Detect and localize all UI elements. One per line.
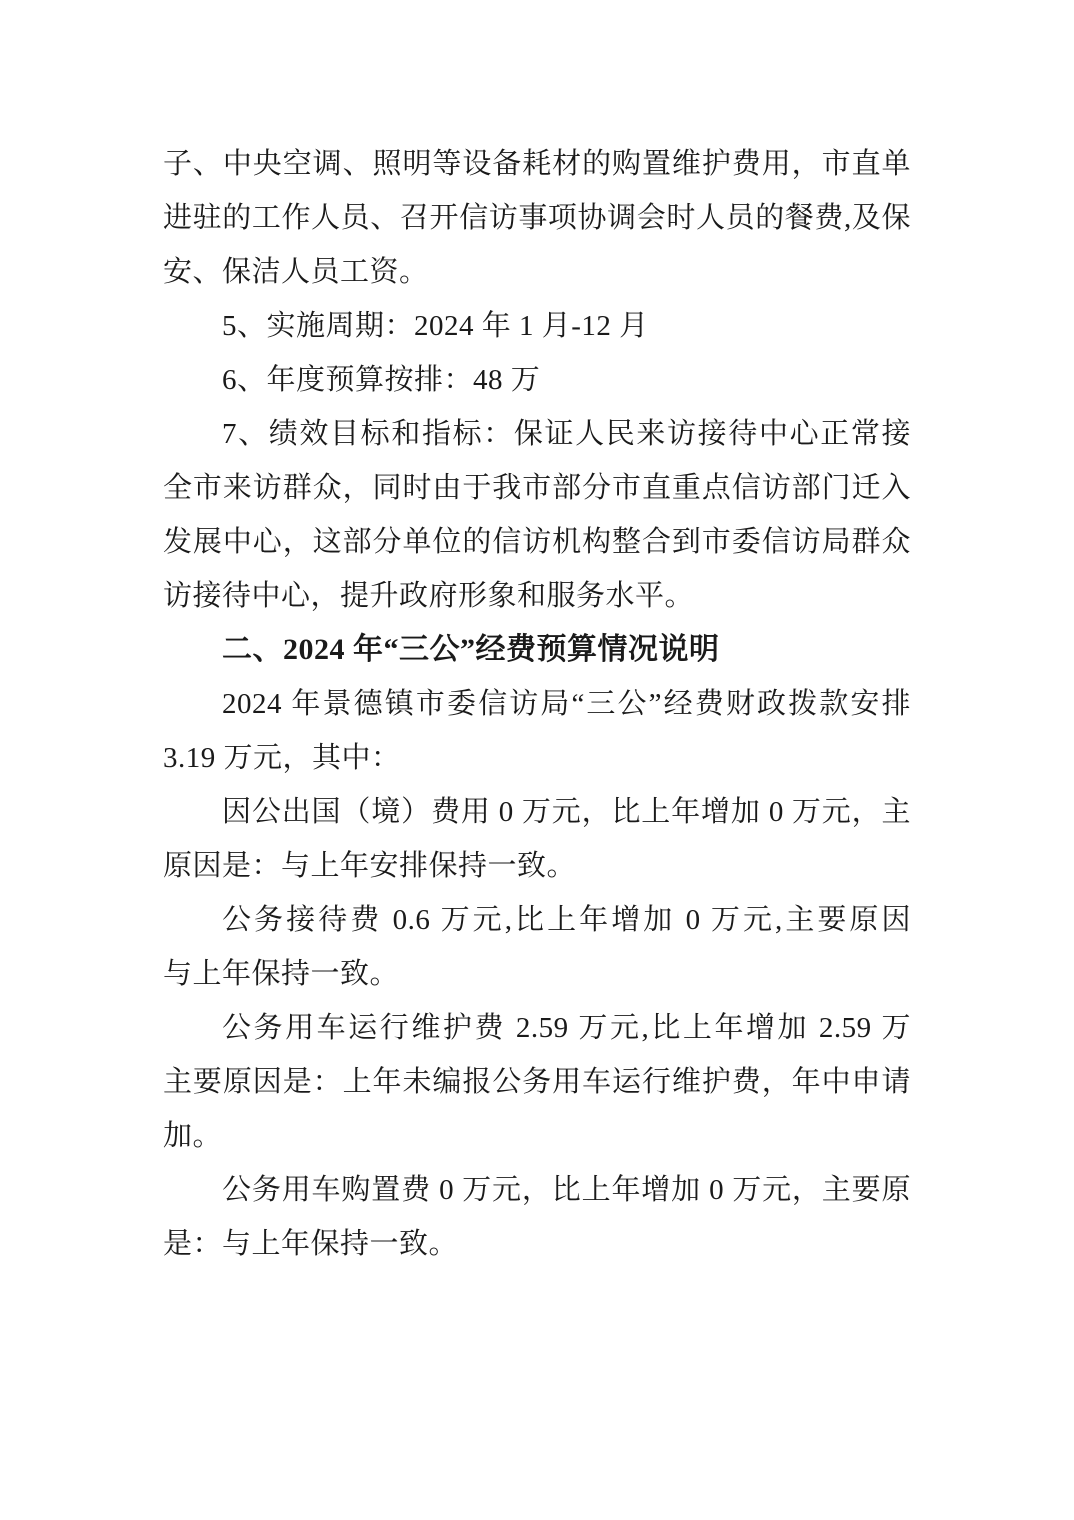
document-body: 子、中央空调、照明等设备耗材的购置维护费用，市直单位进驻的工作人员、召开信访事项… (163, 137, 911, 1271)
text-line: 发展中心，这部分单位的信访机构整合到市委信访局群众来 (163, 515, 911, 569)
text-line: 7、绩效目标和指标：保证人民来访接待中心正常接待 (163, 407, 911, 461)
text-line: 3.19 万元，其中： (163, 731, 911, 785)
document-page: 子、中央空调、照明等设备耗材的购置维护费用，市直单位进驻的工作人员、召开信访事项… (0, 0, 1074, 1520)
text-line: 全市来访群众，同时由于我市部分市直重点信访部门迁入市 (163, 461, 911, 515)
text-line: 原因是：与上年安排保持一致。 (163, 839, 911, 893)
text-line: 与上年保持一致。 (163, 947, 911, 1001)
text-line: 公务接待费 0.6 万元,比上年增加 0 万元,主要原因是： (163, 893, 911, 947)
text-line: 公务用车运行维护费 2.59 万元,比上年增加 2.59 万元， (163, 1001, 911, 1055)
text-line: 2024 年景德镇市委信访局“三公”经费财政拨款安排 (163, 677, 911, 731)
text-line: 5、实施周期：2024 年 1 月-12 月 (163, 299, 911, 353)
text-line: 主要原因是：上年未编报公务用车运行维护费，年中申请追 (163, 1055, 911, 1109)
section-heading-line: 二、2024 年“三公”经费预算情况说明 (163, 623, 911, 677)
text-line: 因公出国（境）费用 0 万元，比上年增加 0 万元，主要 (163, 785, 911, 839)
text-line: 访接待中心，提升政府形象和服务水平。 (163, 569, 911, 623)
text-line: 是：与上年保持一致。 (163, 1217, 911, 1271)
text-line: 安、保洁人员工资。 (163, 245, 911, 299)
text-line: 6、年度预算按排：48 万 (163, 353, 911, 407)
text-line: 子、中央空调、照明等设备耗材的购置维护费用，市直单位 (163, 137, 911, 191)
text-line: 加。 (163, 1109, 911, 1163)
text-line: 公务用车购置费 0 万元，比上年增加 0 万元，主要原因 (163, 1163, 911, 1217)
text-line: 进驻的工作人员、召开信访事项协调会时人员的餐费,及保 (163, 191, 911, 245)
